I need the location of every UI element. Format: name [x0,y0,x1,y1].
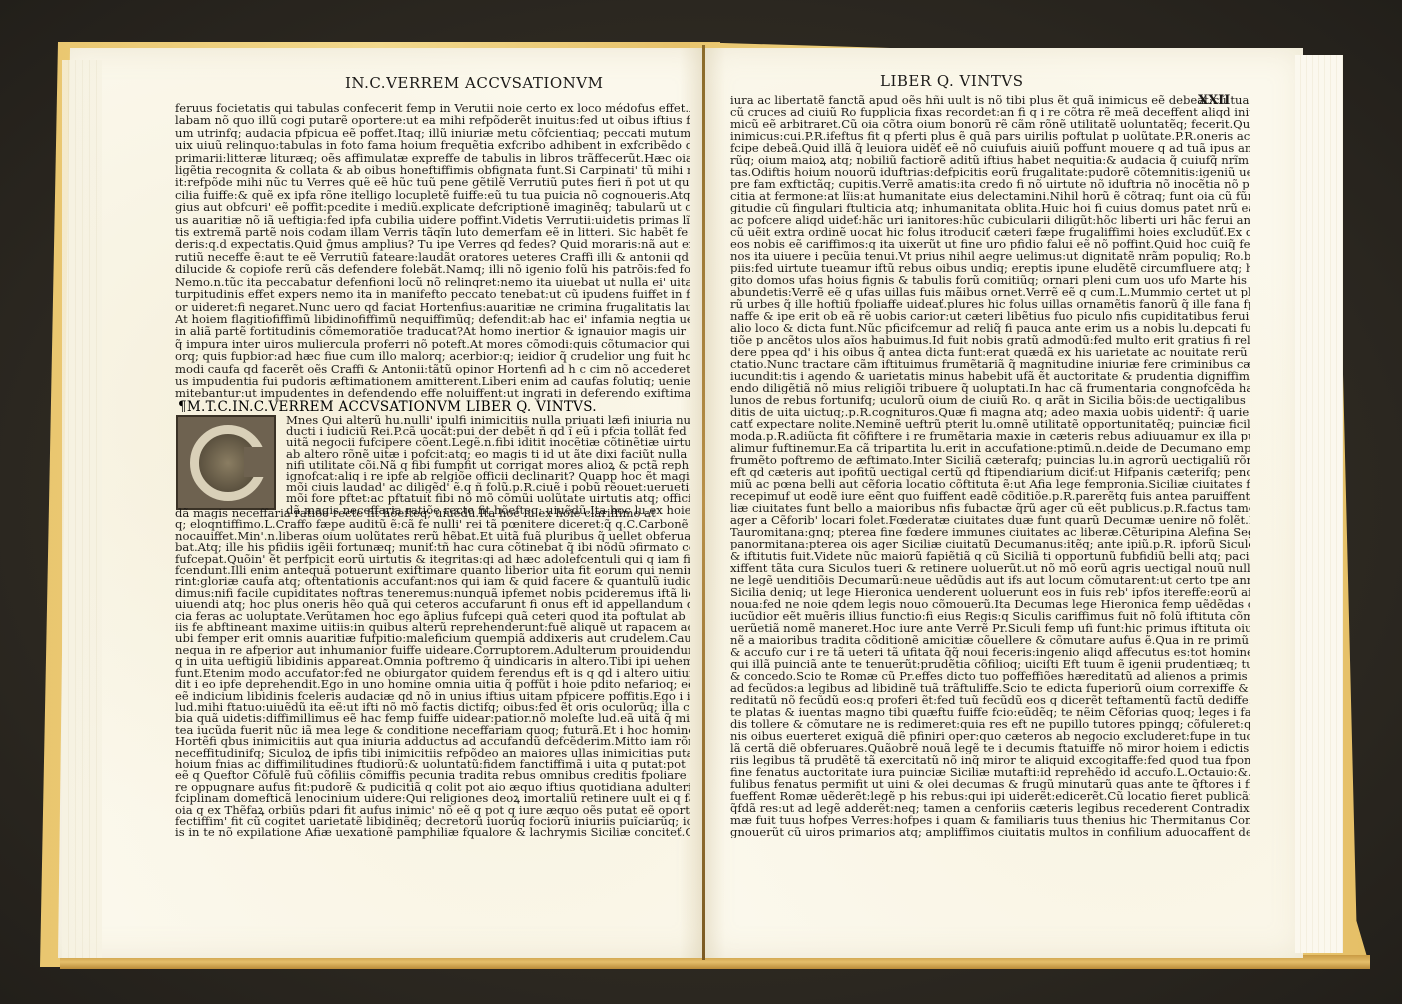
text-line: moda.p.R.adiũcta fit cõfiftere i re frum… [730,430,1250,442]
text-line: uitã negocii fufcipere cõent.Legẽ.n.fibi… [286,437,690,448]
text-line: gitudie cũ fingulari ftulticia atq; inhu… [730,202,1250,214]
text-line: deris:q.d expectatis.Quid ḡmus amplius? … [175,238,690,250]
text-line: dis tollere & cõmutare ne is redimeret:q… [730,718,1250,730]
text-line: tis extremã partẽ nois codam illam Verri… [175,226,690,238]
text-line: fciplinam domefticã lenocinium uidere:Qu… [175,793,690,804]
text-line: orq; quis fupbior:ad hæc fiue cum illo m… [175,350,690,362]
text-line: cia feras ac uoluptate.Verũtamen hoc ego… [175,611,690,622]
text-line: lã certã diẽ obferuares.Quãobrẽ nouã leg… [730,742,1250,754]
text-line: rũ urbes q̃ ille hoftiũ fpoliaffe uideať… [730,298,1250,310]
text-line: eos nobis eẽ cariffimos:q ita uixerũt ut… [730,238,1250,250]
text-line: cũ uẽit extra ordinẽ uocat hic folus itr… [730,226,1250,238]
text-line: mõi ciuis laudad' ac diligẽd' ẽ.q ñ folũ… [286,482,690,493]
text-line: ad fecũdos:a legibus ad libidinẽ tuã trã… [730,682,1250,694]
text-beside-initial: Mnes Qui alterũ hu.nulli' ipulfi inimici… [286,415,690,516]
text-line: abundetis:Verrẽ eẽ q ufas uillas fuis mã… [730,286,1250,298]
text-line: iucundit:tis i agendo & uarietatis minus… [730,370,1250,382]
text-line: tas.Odiftis hoium nouorũ iduftrias:defpi… [730,166,1250,178]
text-line: ducti i iudiciũ Rei.P.cã uocãt:pui der d… [286,426,690,437]
text-line: Tauromitana:gnq; pterea fine fœdere immu… [730,526,1250,538]
text-line: ne legẽ uenditiõis Decumarũ:neue uẽdũdis… [730,574,1250,586]
text-line: ubi femper erit omnis auaritiæ fufpitio:… [175,633,690,644]
text-line: noua:fed ne noie qdem legis nouo cõmouer… [730,598,1250,610]
text-line: micũ eẽ arbitraret.Cũ oia cõtra oium bon… [730,118,1250,130]
text-line: uerũetiã nomẽ maneret.Hoc iure ante Verr… [730,622,1250,634]
text-line: iucũdior eẽt muẽris illius functio:fi ei… [730,610,1250,622]
text-line: nos ita uiuere i pecũia tenui.Vt prius n… [730,250,1250,262]
text-line: tiõe p ancẽtos ulos aĩos habuimus.Id fui… [730,334,1250,346]
text-line: ignofcat:aliq i re ipfe ab relgiõe offic… [286,471,690,482]
text-line: panormitana:pterea ois ager Siciliæ ciui… [730,538,1250,550]
text-line: catť expectare nolite.Neminẽ ueftrũ pter… [730,418,1250,430]
text-line: rint:gloriæ caufa atq; oftentationis acc… [175,576,690,587]
text-line: pre fam exftictãq; cupitis.Verrẽ amatis:… [730,178,1250,190]
text-line: uiuendi atq; hoc plus oneris hẽo quã qui… [175,599,690,610]
text-line: q; eloqntiffimo.L.Craffo fæpe auditũ ẽ:c… [175,519,690,530]
text-line: um utrinfq; audacia pfpicua eẽ poffet.It… [175,127,690,139]
text-line: nequa in re afperior aut inhumanior fuif… [175,645,690,656]
text-line: q̃ impura inter uiros muliercula proferr… [175,338,690,350]
text-line: ager a Cẽforib' locari folet.Fœderatæ ci… [730,514,1250,526]
text-line: gito domos ufas hoius fignis & tabulis f… [730,274,1250,286]
text-line: Sicilia deniq; ut lege Hieronica uendere… [730,586,1250,598]
text-line: qui illã puinciã ante te tenuerũt:prudẽt… [730,658,1250,670]
text-line: riis legibus tã prudẽtẽ tã exercitatũ nõ… [730,754,1250,766]
text-line: bat.Atq; ille his pfidiis igẽii fortunæq… [175,542,690,553]
text-line: turpitudinis effet expers nemo ita in ma… [175,288,690,300]
text-line: endo diligẽtiã nõ mius religiõi tribuere… [730,382,1250,394]
book-gutter [702,45,705,960]
text-line: eẽ q Queftor Cõfulẽ fuũ cõfiliis cõmiffi… [175,770,690,781]
left-text-block-bottom: dã magis neceffaria ratiõe recte fit hõe… [175,508,690,839]
text-line: dilucide & copiofe rerũ cãs defendere fo… [175,263,690,275]
right-page-edges [1295,55,1343,953]
pilcrow-icon: ¶ [178,399,187,415]
text-line: us impudentia fui pudoris æftimationem a… [175,375,690,387]
text-line: in aliã partẽ fortitudinis cõmemoratiõe … [175,325,690,337]
text-line: tea iucũda fuerit nũc iã mea lege & cond… [175,725,690,736]
text-line: Mnes Qui alterũ hu.nulli' ipulfi inimici… [286,415,690,426]
text-line: citia at fermone:at lĩis:at humanitate e… [730,190,1250,202]
text-line: hoium fnias ac diffimilitudines ftudiorũ… [175,759,690,770]
text-line: fulibus fenatus permifit ut uini & olei … [730,778,1250,790]
text-line: & accufo cur i re tã ueteri tã ufitata q… [730,646,1250,658]
text-line: uix uiuũ relinquo:tabulas in foto fama h… [175,139,690,151]
text-line: gnouerũt cũ uiros primarios atq; ampliff… [730,826,1250,838]
text-line: lunos de rebus fortunifq; uculorũ oium d… [730,394,1250,406]
text-line: inimicus:cui.P.R.ifeftus fit q pferti pl… [730,130,1250,142]
text-line: oia q ex Thẽfaꝝ orbiũs pdari fit aufus i… [175,805,690,816]
text-line: fine fenatus auctoritate iura puinciæ Si… [730,766,1250,778]
text-line: rutiũ neceffe ẽ:aut te eẽ Verrutiũ fatea… [175,251,690,263]
text-line: ac pofcere aliqd uideť:hãc uri ianitores… [730,214,1250,226]
text-line: eft qd cæteris aut ipofitũ uectigal cert… [730,466,1250,478]
text-line: iura ac libertatẽ fanctã apud oẽs hñi uu… [730,94,1250,106]
text-line: us auaritiæ nõ iã ueftigia:fed ipfa cubi… [175,214,690,226]
section-heading-text: M.T.C.IN.C.VERREM ACCVSATIONVM LIBER Q. … [187,399,597,415]
text-line: fectiffim' fit cũ cogitet uarietatẽ libi… [175,816,690,827]
text-line: eẽ indicium libidinis fceleris audaciæ q… [175,691,690,702]
text-line: nis oibus euerteret exiguã diẽ pfiniri o… [730,730,1250,742]
text-line: alio loco & dicta funt.Nũc pficifcemur a… [730,322,1250,334]
right-running-head: LIBER Q. VINTVS [880,72,1024,90]
text-line: & iftitutis fuit.Videte nũc maiorũ fapiẽ… [730,550,1250,562]
right-text-block: iura ac libertatẽ fanctã apud oẽs hñi uu… [730,94,1250,838]
text-line: or uideret:fi negaret.Nunc uero qd facia… [175,301,690,313]
text-line: liæ ciuitates funt bello a maioribus nfi… [730,502,1250,514]
text-line: modi caufa qd facerẽt oẽs Craffi & Anton… [175,363,690,375]
left-running-head: IN.C.VERREM ACCVSATIONVM [345,74,603,92]
text-line: iis fe abftineant maxime uitiis:in quibu… [175,622,690,633]
section-heading: ¶M.T.C.IN.C.VERREM ACCVSATIONVM LIBER Q.… [178,399,597,415]
text-line: funt.Etenim modo accufator:fed ne obiurg… [175,668,690,679]
text-line: re oppugnare aufus fit:pudorẽ & pudiciti… [175,782,690,793]
text-line: piis:fed uirtute tueamur iftũ rebus oibu… [730,262,1250,274]
decorated-initial-o [176,415,276,510]
text-line: is in te nõ expilatione Afiæ uexationẽ p… [175,827,690,838]
text-line: miũ ac pœna belli aut cẽforia locatio cõ… [730,478,1250,490]
text-line: ab altero rõnẽ uitæ i pofcit:atq; eo mag… [286,449,690,460]
text-line: reditatũ nõ fecũdũ eos:q proferi ẽt:fed … [730,694,1250,706]
text-line: nifi utilitate cõi.Nã q fibi fumpfit ut … [286,460,690,471]
text-line: labam nõ quo illũ cogi putarẽ oportere:u… [175,114,690,126]
left-page-edges [62,60,102,958]
text-line: lud.mihi ftatuo:uiuẽdũ ita eẽ:ut ifti nõ… [175,702,690,713]
text-line: neceffitudinifq; Siculoꝝ de ipfis tibi i… [175,748,690,759]
text-line: At hoiem flagitiofiffimũ libidinofiffimũ… [175,313,690,325]
text-line: mitebantur:ut impudentes in defendendo e… [175,387,690,399]
text-line: cũ cruces ad ciuiũ Ro fupplicia fixas re… [730,106,1250,118]
text-line: fcipe debeã.Quid illã q̃ leuiora uidẽť e… [730,142,1250,154]
text-line: q in uita ueftigiũ libidinis appareat.Om… [175,656,690,667]
text-line: ligẽtia recognita & collata & ab oibus h… [175,164,690,176]
text-line: fufcepat.Quõin' ẽt perfpicit eorũ uirtut… [175,554,690,565]
text-line: te platas & iuentas magno tibi quæftu fu… [730,706,1250,718]
text-line: recepimuf ut eodẽ iure eẽnt quo fuiffent… [730,490,1250,502]
text-line: bia quã uidetis:diffimillimus eẽ hac fem… [175,713,690,724]
text-line: rũq; oium maioꝝ atq; nobiliũ factiorẽ ad… [730,154,1250,166]
text-line: nẽ a maioribus tradita cõditionẽ amiciti… [730,634,1250,646]
text-line: & concedo.Scio te Romæ cũ Pr.effes dicto… [730,670,1250,682]
text-line: dimus:nifi facile cupiditates noftras te… [175,588,690,599]
text-line: Hortẽfi qbus inimicitiis aut qua iniuria… [175,736,690,747]
text-line: naffe & ipe erit ob eã rẽ uobis carior:u… [730,310,1250,322]
text-line: alimur fuftinemur.Ea cã tripartita lu.er… [730,442,1250,454]
left-text-block-top: feruus focietatis qui tabulas confecerit… [175,102,690,400]
text-line: ctatio.Nunc tractare cãm iftituimus frum… [730,358,1250,370]
text-line: mõi fore pftet:ac pftatuit fibi nõ mõ cõ… [286,493,690,504]
text-line: mæ fuit tuus hofpes Verres:hofpes i quam… [730,814,1250,826]
text-line: feruus focietatis qui tabulas confecerit… [175,102,690,114]
text-line: fueffent Romæ uẽderẽt:legẽ p his rebus:q… [730,790,1250,802]
text-line: dit i eo ipfe deprehendit.Ego in uno hom… [175,679,690,690]
text-line: primarii:litteræ lituræq; oẽs affimulatæ… [175,152,690,164]
text-line: cilia fuiffe:& quẽ ex ipfa rõne itelligo… [175,189,690,201]
text-line: gius aut obfcuri' eẽ poffit:pcedite i me… [175,201,690,213]
text-line: fcendunt.Illi enim antequã potuerunt exi… [175,565,690,576]
text-line: it:refpõde mihi nũc tu Verres quẽ eẽ hũc… [175,176,690,188]
text-line: dere ppea qd' i his oibus q̃ antea dicta… [730,346,1250,358]
text-line: q̃fdã res:ut ad legẽ adderẽt:neq; tamen … [730,802,1250,814]
text-line: Nemo.n.tũc ita peccabatur defenfioni loc… [175,276,690,288]
text-line: nocauiffet.Min'.n.liberas oium uolũtates… [175,531,690,542]
text-line: dã magis neceffaria ratiõe recte fit hõe… [175,508,690,519]
text-line: ditis de uita uictuq;.p.R.cognituros.Quæ… [730,406,1250,418]
text-line: frumẽto poftremo de æftimato.Inter Sicil… [730,454,1250,466]
text-line: xiffent tãta cura Siculos tueri & retine… [730,562,1250,574]
